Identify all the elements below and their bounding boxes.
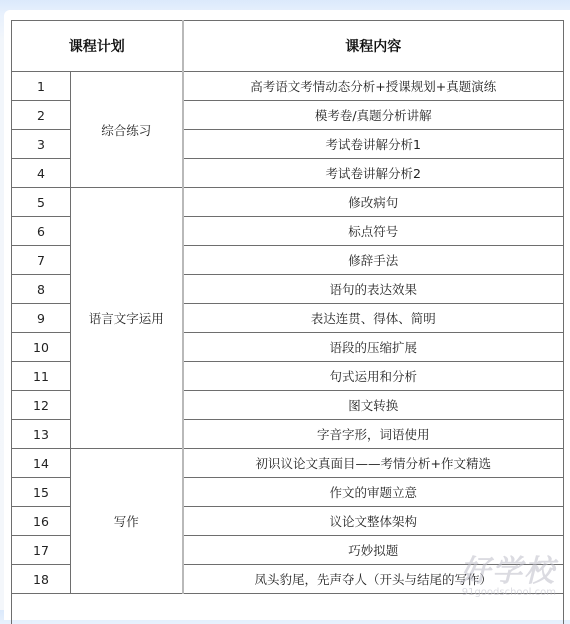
header-course-plan: 课程计划 xyxy=(12,21,183,72)
row-content: 表达连贯、得体、简明 xyxy=(183,304,564,333)
header-course-content: 课程内容 xyxy=(183,21,564,72)
row-content: 模考卷/真题分析讲解 xyxy=(183,101,564,130)
row-number: 3 xyxy=(12,130,71,159)
row-number: 17 xyxy=(12,536,71,565)
row-number: 10 xyxy=(12,333,71,362)
row-content: 初识议论文真面目——考情分析+作文精选 xyxy=(183,449,564,478)
row-content: 高考语文考情动态分析+授课规划+真题演练 xyxy=(183,72,564,101)
row-content: 考试卷讲解分析1 xyxy=(183,130,564,159)
row-number: 11 xyxy=(12,362,71,391)
row-number: 16 xyxy=(12,507,71,536)
row-content: 考试卷讲解分析2 xyxy=(183,159,564,188)
row-content: 字音字形，词语使用 xyxy=(183,420,564,449)
table-row-empty xyxy=(12,594,564,611)
row-number: 2 xyxy=(12,101,71,130)
course-schedule-table: 课程计划 课程内容 1 综合练习 高考语文考情动态分析+授课规划+真题演练 2 … xyxy=(11,20,564,610)
row-content: 句式运用和分析 xyxy=(183,362,564,391)
row-number: 13 xyxy=(12,420,71,449)
row-number: 6 xyxy=(12,217,71,246)
row-number: 18 xyxy=(12,565,71,594)
row-content: 图文转换 xyxy=(183,391,564,420)
row-number: 8 xyxy=(12,275,71,304)
row-number: 9 xyxy=(12,304,71,333)
row-content: 语句的表达效果 xyxy=(183,275,564,304)
row-content: 作文的审题立意 xyxy=(183,478,564,507)
row-number: 1 xyxy=(12,72,71,101)
row-number: 7 xyxy=(12,246,71,275)
row-content: 标点符号 xyxy=(183,217,564,246)
table-row: 14 写作 初识议论文真面目——考情分析+作文精选 xyxy=(12,449,564,478)
row-number: 14 xyxy=(12,449,71,478)
table-header-row: 课程计划 课程内容 xyxy=(12,21,564,72)
group-writing: 写作 xyxy=(71,449,183,594)
group-language-usage: 语言文字运用 xyxy=(71,188,183,449)
group-comprehensive-practice: 综合练习 xyxy=(71,72,183,188)
row-number: 4 xyxy=(12,159,71,188)
row-number: 15 xyxy=(12,478,71,507)
table-row: 1 综合练习 高考语文考情动态分析+授课规划+真题演练 xyxy=(12,72,564,101)
row-content: 议论文整体架构 xyxy=(183,507,564,536)
row-number: 5 xyxy=(12,188,71,217)
row-number: 12 xyxy=(12,391,71,420)
table-row: 5 语言文字运用 修改病句 xyxy=(12,188,564,217)
empty-cell xyxy=(12,594,564,611)
row-content: 语段的压缩扩展 xyxy=(183,333,564,362)
row-content: 巧妙拟题 xyxy=(183,536,564,565)
row-content: 修辞手法 xyxy=(183,246,564,275)
row-content: 凤头豹尾，先声夺人（开头与结尾的写作） xyxy=(183,565,564,594)
row-content: 修改病句 xyxy=(183,188,564,217)
